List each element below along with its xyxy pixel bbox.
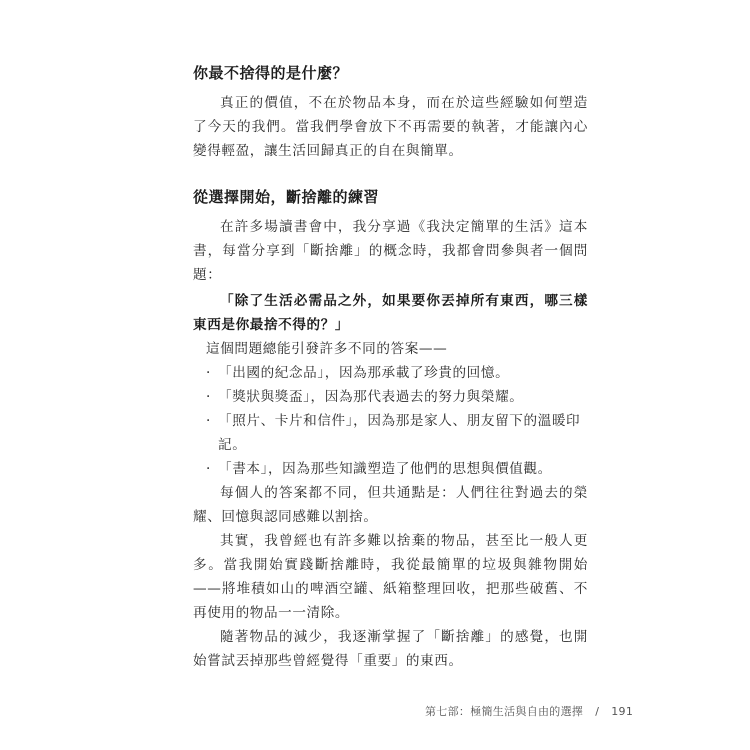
answers-lead: 這個問題總能引發許多不同的答案—— [193,337,588,361]
list-item: ·「書本」，因為那些知識塑造了他們的思想與價值觀。 [193,457,588,481]
body-paragraph: 隨著物品的減少，我逐漸掌握了「斷捨離」的感覺，也開始嘗試丟掉那些曾經覺得「重要」… [193,625,588,673]
section1-paragraph: 真正的價值，不在於物品本身，而在於這些經驗如何塑造了今天的我們。當我們學會放下不… [193,91,588,163]
page-footer: 第七部：極簡生活與自由的選擇/191 [425,703,633,719]
body-paragraph: 每個人的答案都不同，但共通點是：人們往往對過去的榮耀、回憶與認同感難以割捨。 [193,481,588,529]
list-item: ·「照片、卡片和信件」，因為那是家人、朋友留下的溫暖印記。 [193,409,588,457]
pull-quote: 「除了生活必需品之外，如果要你丟掉所有東西，哪三樣東西是你最捨不得的？」 [193,289,588,337]
book-page: 你最不捨得的是什麼？ 真正的價值，不在於物品本身，而在於這些經驗如何塑造了今天的… [0,0,750,750]
bullet-icon: · [206,385,211,409]
bullet-icon: · [206,457,211,481]
list-item: ·「獎狀與獎盃」，因為那代表過去的努力與榮耀。 [193,385,588,409]
bullet-icon: · [206,361,211,385]
running-chapter-title: 第七部：極簡生活與自由的選擇 [425,705,583,718]
section-heading-1: 你最不捨得的是什麼？ [193,62,588,84]
answers-list: ·「出國的紀念品」，因為那承載了珍貴的回憶。 ·「獎狀與獎盃」，因為那代表過去的… [193,361,588,481]
section-heading-2: 從選擇開始，斷捨離的練習 [193,186,588,208]
section2-intro: 在許多場讀書會中，我分享過《我決定簡單的生活》這本書，每當分享到「斷捨離」的概念… [193,215,588,287]
page-number: 191 [611,705,633,718]
list-item: ·「出國的紀念品」，因為那承載了珍貴的回憶。 [193,361,588,385]
text-column: 你最不捨得的是什麼？ 真正的價值，不在於物品本身，而在於這些經驗如何塑造了今天的… [193,62,588,673]
body-paragraph: 其實，我曾經也有許多難以捨棄的物品，甚至比一般人更多。當我開始實踐斷捨離時，我從… [193,529,588,625]
bullet-icon: · [206,409,211,433]
footer-separator: / [595,705,599,718]
